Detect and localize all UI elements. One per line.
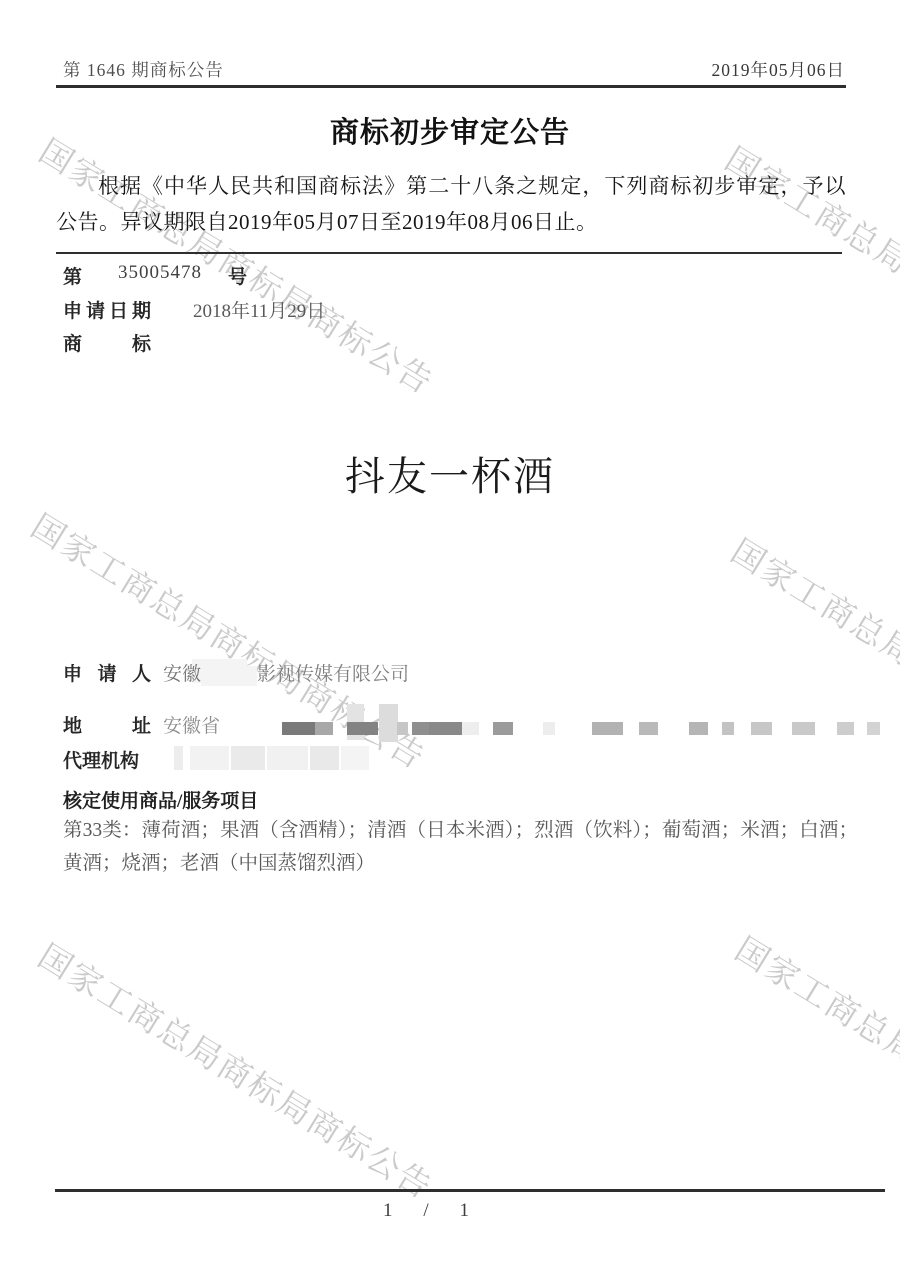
goods-list: 第33类：薄荷酒；果酒（含酒精）；清酒（日本米酒）；烈酒（饮料）；葡萄酒；米酒；… [63,814,858,880]
number-suffix-label: 号 [228,262,247,289]
applicant-redacted-gap [201,666,257,686]
document-title: 商标初步审定公告 [0,110,900,151]
application-date-label: 申请日期 [63,296,151,323]
applicant-label: 申请人 [63,659,151,686]
gazette-date: 2019年05月06日 [712,57,846,82]
goods-section-heading: 核定使用商品/服务项目 [63,786,258,813]
application-date-value: 2018年11月29日 [193,301,325,322]
agent-label: 代理机构 [63,746,139,773]
number-prefix-label: 第 [63,262,82,289]
page-indicator: 1 / 1 [383,1200,469,1222]
applicant-company-suffix: 影视传媒有限公司 [257,664,409,685]
address-value: 安徽省 [163,716,220,737]
registration-number-row: 第35005478号 [63,262,247,289]
current-page: 1 [383,1200,393,1222]
page-separator: / [423,1200,428,1222]
document-content: 第 1646 期商标公告 2019年05月06日 商标初步审定公告 根据《中华人… [0,0,900,1273]
address-label: 地址 [63,711,151,738]
trademark-field-label: 商标 [63,329,151,356]
section-divider [56,252,842,254]
trademark-name: 抖友一杯酒 [0,445,900,502]
header-divider [56,85,846,88]
gazette-page: 国家工商总局商标局商标公告 国家工商总局商标局商标公告 国家工商总局商标局商标公… [0,0,900,1273]
trademark-label-row: 商标 [63,329,151,356]
applicant-region: 安徽 [163,664,201,685]
applicant-row: 申请人安徽影视传媒有限公司 [63,659,409,686]
registration-number: 35005478 [118,262,202,283]
total-pages: 1 [460,1200,470,1222]
agent-row: 代理机构 [63,746,139,773]
notice-paragraph: 根据《中华人民共和国商标法》第二十八条之规定，下列商标初步审定，予以公告。异议期… [56,168,846,240]
footer-divider [55,1189,885,1192]
application-date-row: 申请日期2018年11月29日 [63,296,325,323]
gazette-issue-label: 第 1646 期商标公告 [63,57,224,82]
address-row: 地址安徽省 [63,711,220,738]
